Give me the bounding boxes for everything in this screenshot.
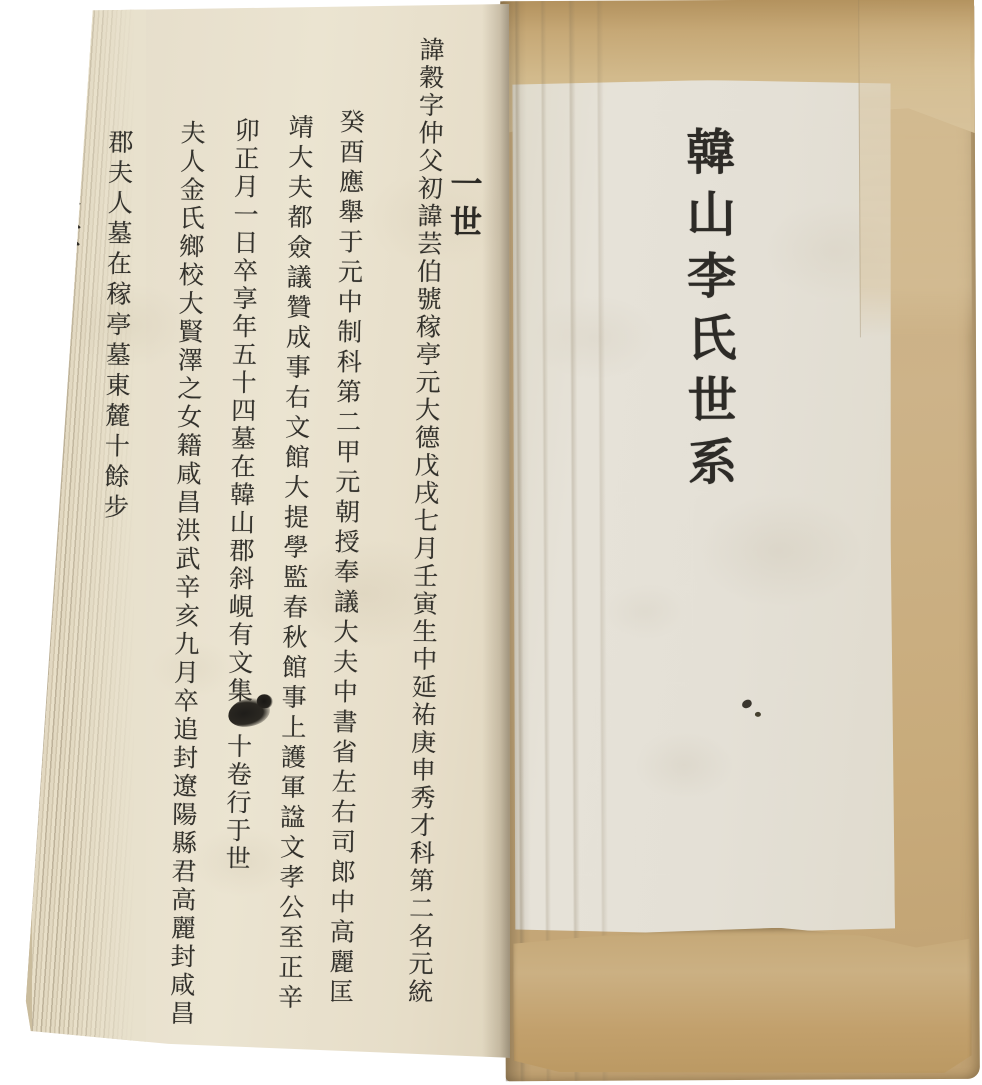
cover-title: 韓山李氏世系	[683, 126, 734, 546]
manuscript-text-block: 一世 諱穀字仲父初諱芸伯號稼亭元大德戊戌七月壬寅生中延祐庚申秀才科第二名元統 癸…	[10, 0, 511, 1076]
cover-bottom-flap	[513, 927, 972, 1075]
genealogy-book-photo: 韓山李氏世系 一世 諱穀字仲父初諱芸伯號稼亭元大德戊戌七月壬寅生中延祐庚申秀才科…	[0, 0, 982, 1085]
section-header-second-generation: 二世	[47, 178, 80, 254]
manuscript-column-1: 諱穀字仲父初諱芸伯號稼亭元大德戊戌七月壬寅生中延祐庚申秀才科第二名元統	[406, 36, 443, 1006]
manuscript-column-3: 靖大夫都僉議贊成事右文館大提學監春秋館事上護軍諡文孝公至正辛	[276, 114, 312, 1014]
manuscript-column-4: 卯正月一日卒享年五十四墓在韓山郡斜峴有文集 十卷行于世	[224, 117, 258, 873]
manuscript-column-6: 郡夫人墓在稼亭墓東麓十餘步	[102, 129, 132, 524]
manuscript-column-5: 夫人金氏鄉校大賢澤之女籍咸昌洪武辛亥九月卒追封遼陽縣君高麗封咸昌	[168, 119, 204, 1028]
ink-speck	[755, 712, 761, 717]
book-cover: 韓山李氏世系	[500, 0, 980, 1081]
manuscript-column-2: 癸酉應舉于元中制科第二甲元朝授奉議大夫中書省左右司郎中高麗匡	[327, 108, 363, 1008]
manuscript-page: 一世 諱穀字仲父初諱芸伯號稼亭元大德戊戌七月壬寅生中延祐庚申秀才科第二名元統 癸…	[22, 4, 510, 1076]
section-header-first-generation: 一世	[448, 167, 481, 243]
